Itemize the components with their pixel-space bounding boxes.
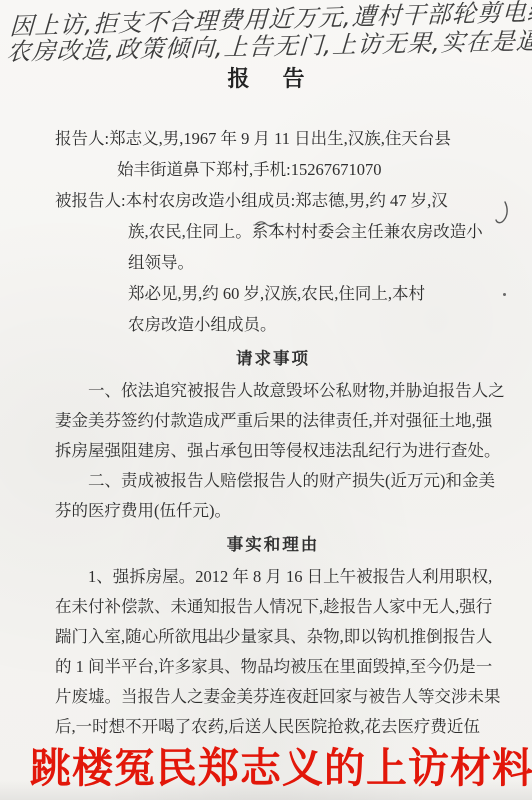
facts-line: 的 1 间半平台,许多家具、物品均被压在里面毁掉,至今仍是一 bbox=[55, 652, 491, 682]
parties-block: 报告人:郑志义,男,1967 年 9 月 11 日出生,汉族,住天台县 始丰街道… bbox=[55, 123, 491, 340]
pen-scribble-icon bbox=[495, 200, 509, 226]
respondent-line: 农房改造小组成员。 bbox=[128, 309, 491, 340]
respondent-line: 被报告人:本村农房改造小组成员:郑志德,男,约 47 岁,汉 bbox=[55, 185, 491, 216]
reporter-line: 报告人:郑志义,男,1967 年 9 月 11 日出生,汉族,住天台县 bbox=[55, 123, 491, 154]
document-title: 报告 bbox=[0, 62, 532, 93]
respondent-line: 族,农民,住同上。系本村村委会主任兼农房改造小 bbox=[128, 216, 491, 247]
facts-line: 片废墟。当报告人之妻金美芬连夜赶回家与被告人等交涉未果 bbox=[55, 682, 491, 712]
scanned-petition-page: 因上访,拒支不合理费用近万元,遭村干部轮剪电线,断电行凶 农房改造,政策倾向,上… bbox=[0, 0, 532, 800]
request-section-heading: 请求事项 bbox=[55, 344, 491, 374]
request-item-line: 妻金美芬签约付款造成严重后果的法律责任,并对强征土地,强 bbox=[55, 406, 491, 436]
request-item-line: 芬的医疗费用(伍仟元)。 bbox=[55, 496, 491, 526]
request-item-line: 拆房屋强阻建房、强占承包田等侵权违法乱纪行为进行查处。 bbox=[55, 436, 491, 466]
red-caption: 跳楼冤民郑志义的上访材料 bbox=[30, 735, 530, 794]
request-item-line: 一、依法追究被报告人故意毁坏公私财物,并胁迫报告人之 bbox=[55, 376, 491, 406]
respondent-line: 郑必见,男,约 60 岁,汉族,农民,住同上,本村 bbox=[128, 278, 491, 309]
respondent-line: 组领导。 bbox=[128, 247, 491, 278]
facts-line: 踹门入室,随心所欲甩出少量家具、杂物,即以钩机推倒报告人 bbox=[55, 622, 491, 652]
facts-section: 事实和理由 1、强拆房屋。2012 年 8 月 16 日上午被报告人利用职权, … bbox=[55, 530, 491, 742]
request-section: 请求事项 一、依法追究被报告人故意毁坏公私财物,并胁迫报告人之 妻金美芬签约付款… bbox=[55, 344, 491, 526]
handwritten-annotation: 因上访,拒支不合理费用近万元,遭村干部轮剪电线,断电行凶 农房改造,政策倾向,上… bbox=[9, 0, 532, 69]
facts-section-heading: 事实和理由 bbox=[55, 530, 491, 560]
reporter-line: 始丰街道鼻下郑村,手机:15267671070 bbox=[117, 154, 491, 185]
document-body: 报告人:郑志义,男,1967 年 9 月 11 日出生,汉族,住天台县 始丰街道… bbox=[55, 123, 491, 742]
request-item-line: 二、责成被报告人赔偿报告人的财产损失(近万元)和金美 bbox=[55, 466, 491, 496]
pen-dot-icon bbox=[503, 293, 506, 296]
facts-line: 1、强拆房屋。2012 年 8 月 16 日上午被报告人利用职权, bbox=[55, 562, 491, 592]
facts-line: 在未付补偿款、未通知报告人情况下,趁报告人家中无人,强行 bbox=[55, 592, 491, 622]
